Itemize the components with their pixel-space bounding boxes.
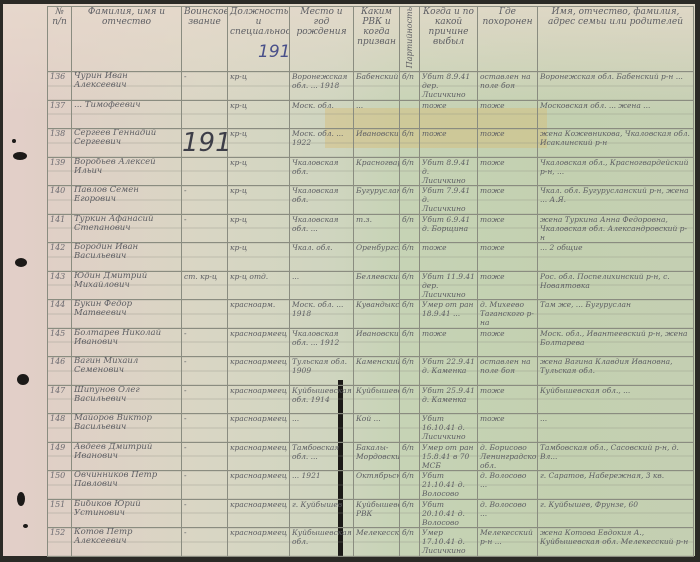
cell-position: кр-ц: [228, 100, 290, 129]
cell-rvk: т.з.: [354, 214, 400, 243]
cell-rank: ст. кр-ц: [182, 271, 228, 300]
cell-party: б/п: [400, 243, 420, 272]
cell-num: 142: [48, 243, 72, 272]
cell-position: кр-ц: [228, 186, 290, 215]
stamp-number-body: 191: [182, 128, 232, 158]
header-reason: Когда и по какой причине выбыл: [420, 7, 478, 72]
cell-position: красноармеец: [228, 357, 290, 386]
cell-rvk: Оренбургский: [354, 243, 400, 272]
cell-party: б/п: [400, 471, 420, 500]
cell-reason: Убит 8.9.41 д. Лисичкино: [420, 157, 478, 186]
cell-num: 138: [48, 129, 72, 158]
cell-rvk: Бугурусланский: [354, 186, 400, 215]
table-row: 139Воробьев Алексей Ильичкр-цЧкаловская …: [48, 157, 694, 186]
cell-num: 137: [48, 100, 72, 129]
cell-family: г. Саратов, Набережная, 3 кв.: [538, 471, 694, 500]
cell-num: 151: [48, 499, 72, 528]
cell-num: 149: [48, 442, 72, 471]
cell-num: 143: [48, 271, 72, 300]
cell-num: 152: [48, 528, 72, 557]
cell-birth: Чкаловская обл. ...: [290, 214, 354, 243]
table-row: 142Бородин Иван Васильевичкр-цЧкал. обл.…: [48, 243, 694, 272]
cell-num: 140: [48, 186, 72, 215]
cell-party: [400, 100, 420, 129]
cell-num: 139: [48, 157, 72, 186]
cell-rvk: Кувандыкский: [354, 300, 400, 329]
cell-birth: ...: [290, 414, 354, 443]
cell-position: красноармеец: [228, 528, 290, 557]
table-row: 137... Тимофеевичкр-цМоск. обл....тожето…: [48, 100, 694, 129]
cell-party: б/п: [400, 442, 420, 471]
cell-name: Авдеев Дмитрий Иванович: [72, 442, 182, 471]
binding-hole: [17, 374, 29, 385]
cell-family: Куйбышевская обл., ...: [538, 385, 694, 414]
cell-family: жена Вагина Клавдия Ивановна, Тульская о…: [538, 357, 694, 386]
cell-name: Сергеев Геннадий Сергеевич: [72, 129, 182, 158]
cell-rvk: ...: [354, 100, 400, 129]
header-row: № п/п Фамилия, имя и отчество Воинское з…: [48, 7, 694, 72]
cell-reason: Убит 11.9.41 дер. Лисичкино: [420, 271, 478, 300]
table-row: 145Болтарев Николай Иванович-красноармее…: [48, 328, 694, 357]
table-row: 148Майоров Виктор Васильевич-красноармее…: [48, 414, 694, 443]
cell-name: Павлов Семен Егорович: [72, 186, 182, 215]
cell-burial: д. Михеево Таганского р-на: [478, 300, 538, 329]
header-rank: Воинское звание: [182, 7, 228, 72]
table-row: 141Туркин Афанасий Степанович-кр-цЧкалов…: [48, 214, 694, 243]
cell-rank: -: [182, 214, 228, 243]
cell-rvk: Ивановский: [354, 129, 400, 158]
cell-rank: -: [182, 72, 228, 101]
cell-num: 145: [48, 328, 72, 357]
cell-party: б/п: [400, 499, 420, 528]
cell-rvk: Каменский: [354, 357, 400, 386]
cell-num: 147: [48, 385, 72, 414]
cell-name: Бибиков Юрий Устинович: [72, 499, 182, 528]
cell-burial: тоже: [478, 328, 538, 357]
cell-birth: Моск. обл.: [290, 100, 354, 129]
cell-position: красноармеец: [228, 328, 290, 357]
cell-rvk: Куйбышевский: [354, 385, 400, 414]
cell-num: 136: [48, 72, 72, 101]
cell-family: Чкаловская обл., Красногвардейский р-н, …: [538, 157, 694, 186]
cell-family: Московская обл. ... жена ...: [538, 100, 694, 129]
cell-birth: Моск. обл. ... 1922: [290, 129, 354, 158]
cell-rank: -: [182, 186, 228, 215]
cell-party: б/п: [400, 328, 420, 357]
cell-burial: оставлен на поле боя: [478, 72, 538, 101]
cell-reason: тоже: [420, 100, 478, 129]
cell-rank: [182, 100, 228, 129]
cell-reason: Убит 16.10.41 д. Лисичкино: [420, 414, 478, 443]
table-row: 150Овчинников Петр Павлович-красноармеец…: [48, 471, 694, 500]
cell-birth: Тамбовская обл. ...: [290, 442, 354, 471]
cell-birth: Воронежская обл. ... 1918: [290, 72, 354, 101]
cell-party: б/п: [400, 157, 420, 186]
cell-family: г. Куйбышев, Фрунзе, 60: [538, 499, 694, 528]
cell-reason: Убит 7.9.41 д. Лисичкино: [420, 186, 478, 215]
cell-birth: ... 1921: [290, 471, 354, 500]
cell-rank: [182, 300, 228, 329]
header-num: № п/п: [48, 7, 72, 72]
cell-family: Тамбовская обл., Сасовский р-н, д. Вл...: [538, 442, 694, 471]
cell-party: [400, 414, 420, 443]
register-table: № п/п Фамилия, имя и отчество Воинское з…: [47, 6, 694, 557]
cell-position: красноармеец: [228, 471, 290, 500]
cell-name: Майоров Виктор Васильевич: [72, 414, 182, 443]
cell-rvk: Октябрьский: [354, 471, 400, 500]
cell-burial: Мелекесский р-н ...: [478, 528, 538, 557]
cell-rank: [182, 157, 228, 186]
cell-name: ... Тимофеевич: [72, 100, 182, 129]
cell-burial: д. Борисово Ленинградской обл.: [478, 442, 538, 471]
cell-reason: Убит 25.9.41 д. Каменка: [420, 385, 478, 414]
cell-burial: тоже: [478, 243, 538, 272]
cell-rank: -: [182, 528, 228, 557]
cell-name: Вагин Михаил Семенович: [72, 357, 182, 386]
cell-burial: д. Волосово ...: [478, 499, 538, 528]
cell-birth: Чкаловская обл. ... 1912: [290, 328, 354, 357]
cell-name: Болтарев Николай Иванович: [72, 328, 182, 357]
table-row: 140Павлов Семен Егорович-кр-цЧкаловская …: [48, 186, 694, 215]
cell-position: красноармеец: [228, 499, 290, 528]
cell-position: красноармеец: [228, 385, 290, 414]
cell-num: 144: [48, 300, 72, 329]
cell-burial: тоже: [478, 100, 538, 129]
cell-rank: -: [182, 385, 228, 414]
table-row: 143Юдин Дмитрий Михайловичст. кр-цкр-ц о…: [48, 271, 694, 300]
table-row: 144Букин Федор Матвеевичкрасноарм.Моск. …: [48, 300, 694, 329]
cell-family: ...: [538, 414, 694, 443]
cell-party: б/п: [400, 214, 420, 243]
binding-hole: [12, 139, 16, 143]
header-rvk: Каким РВК и когда призван: [354, 7, 400, 72]
cell-burial: тоже: [478, 414, 538, 443]
header-birth: Место и год рождения: [290, 7, 354, 72]
cell-rvk: Бабенский: [354, 72, 400, 101]
cell-rvk: Мелекесский: [354, 528, 400, 557]
cell-reason: тоже: [420, 243, 478, 272]
cell-name: Чурин Иван Алексеевич: [72, 72, 182, 101]
cell-position: кр-ц: [228, 72, 290, 101]
table-row: 146Вагин Михаил Семенович-красноармеецТу…: [48, 357, 694, 386]
cell-reason: Убит 21.10.41 д. Волосово: [420, 471, 478, 500]
cell-reason: тоже: [420, 328, 478, 357]
cell-position: кр-ц: [228, 243, 290, 272]
cell-family: Моск. обл., Ивантеевский р-н, жена Болта…: [538, 328, 694, 357]
cell-rvk: Куйбышевский РВК: [354, 499, 400, 528]
cell-num: 146: [48, 357, 72, 386]
cell-family: жена Котова Евдокия А., Куйбышевская обл…: [538, 528, 694, 557]
cell-burial: д. Волосово ...: [478, 471, 538, 500]
cell-position: кр-ц отд.: [228, 271, 290, 300]
cell-family: жена Кожевникова, Чкаловская обл. Исакли…: [538, 129, 694, 158]
cell-reason: Умер 17.10.41 д. Лисичкино: [420, 528, 478, 557]
cell-reason: Убит 8.9.41 дер. Лисичкино: [420, 72, 478, 101]
cell-party: б/п: [400, 385, 420, 414]
cell-burial: тоже: [478, 157, 538, 186]
table-row: 147Шипунов Олег Васильевич-красноармеецК…: [48, 385, 694, 414]
cell-name: Шипунов Олег Васильевич: [72, 385, 182, 414]
header-party: Партийность: [400, 7, 420, 72]
cell-name: Туркин Афанасий Степанович: [72, 214, 182, 243]
cell-family: жена Туркина Анна Федоровна, Чкаловская …: [538, 214, 694, 243]
header-burial: Где похоронен: [478, 7, 538, 72]
cell-burial: тоже: [478, 129, 538, 158]
cell-family: Там же, ... Бугуруслан: [538, 300, 694, 329]
cell-position: кр-ц: [228, 129, 290, 158]
cell-reason: Убит 6.9.41 д. Борщина: [420, 214, 478, 243]
cell-name: Овчинников Петр Павлович: [72, 471, 182, 500]
cell-rvk: Бакалы-Мордовский: [354, 442, 400, 471]
cell-birth: Чкаловская обл.: [290, 186, 354, 215]
cell-family: ... 2 общие: [538, 243, 694, 272]
table-row: 149Авдеев Дмитрий Иванович-красноармеецТ…: [48, 442, 694, 471]
cell-birth: г. Куйбышев: [290, 499, 354, 528]
cell-position: кр-ц: [228, 157, 290, 186]
cell-rank: -: [182, 442, 228, 471]
cell-party: б/п: [400, 300, 420, 329]
cell-reason: Умер от ран 18.9.41 ...: [420, 300, 478, 329]
binding-hole: [23, 524, 28, 528]
cell-birth: ...: [290, 271, 354, 300]
cell-name: Юдин Дмитрий Михайлович: [72, 271, 182, 300]
cell-family: Рос. обл. Поспелихинский р-н, с. Новаято…: [538, 271, 694, 300]
cell-burial: оставлен на поле боя: [478, 357, 538, 386]
cell-rvk: Красногвардейский: [354, 157, 400, 186]
cell-rank: -: [182, 328, 228, 357]
header-name: Фамилия, имя и отчество: [72, 7, 182, 72]
cell-reason: Убит 22.9.41 д. Каменка: [420, 357, 478, 386]
binding-hole: [13, 152, 27, 160]
cell-num: 141: [48, 214, 72, 243]
cell-rvk: Кой ...: [354, 414, 400, 443]
cell-rank: -: [182, 471, 228, 500]
cell-party: б/п: [400, 129, 420, 158]
left-margin: [3, 4, 47, 556]
cell-burial: тоже: [478, 186, 538, 215]
cell-reason: тоже: [420, 129, 478, 158]
cell-name: Воробьев Алексей Ильич: [72, 157, 182, 186]
cell-party: б/п: [400, 357, 420, 386]
table-row: 152Котов Петр Алексеевич-красноармеецКуй…: [48, 528, 694, 557]
cell-party: б/п: [400, 528, 420, 557]
cell-birth: Моск. обл. ... 1918: [290, 300, 354, 329]
cell-family: Воронежская обл. Бабенский р-н ...: [538, 72, 694, 101]
cell-rvk: Беляевский: [354, 271, 400, 300]
cell-reason: Убит 20.10.41 д. Волосово: [420, 499, 478, 528]
cell-num: 148: [48, 414, 72, 443]
cell-rank: -: [182, 499, 228, 528]
cell-birth: Куйбышевская обл.: [290, 528, 354, 557]
cell-birth: Чкал. обл.: [290, 243, 354, 272]
cell-party: б/п: [400, 72, 420, 101]
cell-birth: Чкаловская обл.: [290, 157, 354, 186]
cell-position: кр-ц: [228, 214, 290, 243]
cell-position: красноармеец: [228, 414, 290, 443]
cell-birth: Тульская обл. 1909: [290, 357, 354, 386]
header-family: Имя, отчество, фамилия, адрес семьи или …: [538, 7, 694, 72]
cell-name: Котов Петр Алексеевич: [72, 528, 182, 557]
table-row: 151Бибиков Юрий Устинович-красноармеецг.…: [48, 499, 694, 528]
cell-burial: тоже: [478, 385, 538, 414]
cell-birth: Куйбышевская обл. 1914: [290, 385, 354, 414]
stamp-number-header: 191: [258, 42, 290, 62]
binding-hole: [15, 258, 27, 267]
cell-burial: тоже: [478, 214, 538, 243]
table-row: 136Чурин Иван Алексеевич-кр-цВоронежская…: [48, 72, 694, 101]
table-row: 138Сергеев Геннадий Сергеевичкр-цМоск. о…: [48, 129, 694, 158]
cell-reason: Умер от ран 15.8.41 в 70 МСБ: [420, 442, 478, 471]
cell-name: Букин Федор Матвеевич: [72, 300, 182, 329]
cell-party: б/п: [400, 271, 420, 300]
cell-rank: -: [182, 357, 228, 386]
cell-party: б/п: [400, 186, 420, 215]
cell-position: красноармеец: [228, 442, 290, 471]
binding-hole: [17, 492, 25, 506]
cell-rvk: Ивановский: [354, 328, 400, 357]
cell-rank: [182, 243, 228, 272]
cell-family: Чкал. обл. Бугурусланский р-н, жена ... …: [538, 186, 694, 215]
cell-position: красноарм.: [228, 300, 290, 329]
cell-num: 150: [48, 471, 72, 500]
cell-rank: -: [182, 414, 228, 443]
cell-burial: тоже: [478, 271, 538, 300]
cell-name: Бородин Иван Васильевич: [72, 243, 182, 272]
